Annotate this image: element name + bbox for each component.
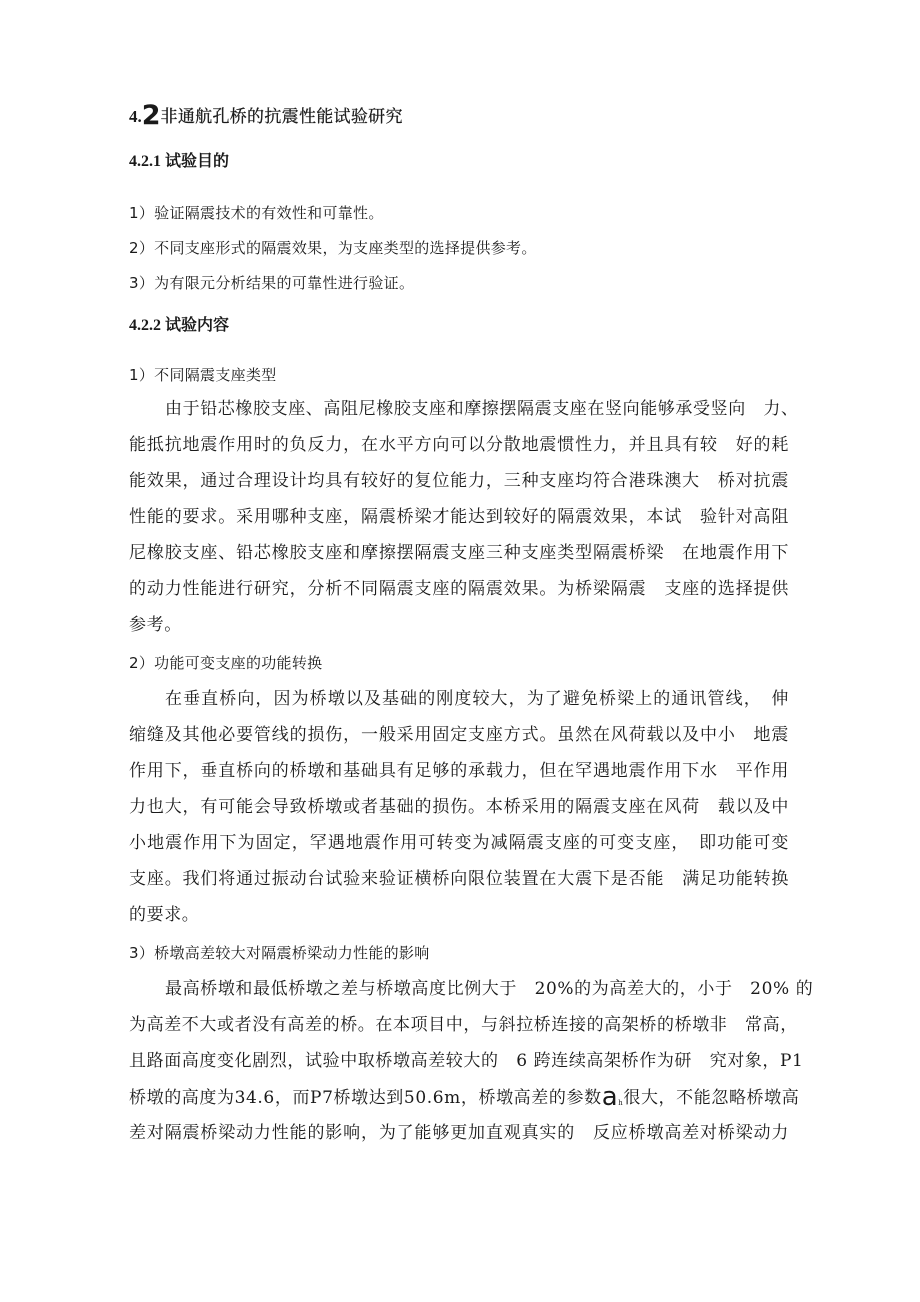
paragraph-line: 由于铅芯橡胶支座、高阻尼橡胶支座和摩擦摆隔震支座在竖向能够承受竖向 力、 <box>165 398 789 420</box>
paragraph-line: 差对隔震桥梁动力性能的影响，为了能够更加直观真实的 反应桥墩高差对桥梁动力 <box>129 1122 789 1144</box>
section-heading: 4.2非通航孔桥的抗震性能试验研究 <box>129 102 403 131</box>
paragraph-line: 尼橡胶支座、铅芯橡胶支座和摩擦摆隔震支座三种支座类型隔震桥梁 在地震作用下 <box>129 542 789 564</box>
paragraph-line: 参考。 <box>129 614 182 636</box>
paragraph-line: 作用下，垂直桥向的桥墩和基础具有足够的承载力，但在罕遇地震作用下水 平作用 <box>129 760 789 782</box>
paragraph-text: 很大，不能忽略桥墩高 <box>623 1088 799 1108</box>
paragraph-line: 小地震作用下为固定，罕遇地震作用可转变为减隔震支座的可变支座， 即功能可变 <box>129 832 789 854</box>
subsection-heading-purpose: 4.2.1 试验目的 <box>129 151 229 173</box>
paragraph-line-with-parameter: 桥墩的高度为34.6，而P7桥墩达到50.6m，桥墩高差的参数ah很大，不能忽略… <box>129 1086 789 1114</box>
paragraph-line: 力也大，有可能会导致桥墩或者基础的损伤。本桥采用的隔震支座在风荷 载以及中 <box>129 796 789 818</box>
content-item-1-heading: 1）不同隔震支座类型 <box>129 364 277 386</box>
paragraph-line: 支座。我们将通过振动台试验来验证横桥向限位装置在大震下是否能 满足功能转换 <box>129 868 789 890</box>
section-number-prefix: 4. <box>129 107 142 126</box>
paragraph-line: 的要求。 <box>129 904 199 926</box>
content-item-2-heading: 2）功能可变支座的功能转换 <box>129 652 322 674</box>
section-title: 非通航孔桥的抗震性能试验研究 <box>161 107 403 127</box>
paragraph-line: 且路面高度变化剧烈，试验中取桥墩高差较大的 6 跨连续高架桥作为研 究对象，P1 <box>129 1050 789 1072</box>
paragraph-line: 的动力性能进行研究，分析不同隔震支座的隔震效果。为桥梁隔震 支座的选择提供 <box>129 578 789 600</box>
subsection-heading-content: 4.2.2 试验内容 <box>129 315 229 337</box>
document-page: 4.2非通航孔桥的抗震性能试验研究 4.2.1 试验目的 1）验证隔震技术的有效… <box>0 0 920 1302</box>
paragraph-line: 性能的要求。采用哪种支座，隔震桥梁才能达到较好的隔震效果，本试 验针对高阻 <box>129 506 789 528</box>
content-item-3-heading: 3）桥墩高差较大对隔震桥梁动力性能的影响 <box>129 942 430 964</box>
paragraph-line: 缩缝及其他必要管线的损伤，一般采用固定支座方式。虽然在风荷载以及中小 地震 <box>129 724 789 746</box>
paragraph-text: 桥墩的高度为34.6，而P7桥墩达到50.6m，桥墩高差的参数 <box>129 1088 602 1108</box>
parameter-symbol: a <box>602 1082 619 1112</box>
paragraph-line: 能效果，通过合理设计均具有较好的复位能力，三种支座均符合港珠澳大 桥对抗震 <box>129 470 789 492</box>
paragraph-line: 在垂直桥向，因为桥墩以及基础的刚度较大，为了避免桥梁上的通讯管线， 伸 <box>165 688 789 710</box>
purpose-item-3: 3）为有限元分析结果的可靠性进行验证。 <box>129 272 414 294</box>
paragraph-line: 为高差不大或者没有高差的桥。在本项目中，与斜拉桥连接的高架桥的桥墩非 常高， <box>129 1014 789 1036</box>
section-number-main: 2 <box>142 100 161 131</box>
purpose-item-2: 2）不同支座形式的隔震效果，为支座类型的选择提供参考。 <box>129 237 537 259</box>
paragraph-line: 能抵抗地震作用时的负反力，在水平方向可以分散地震惯性力，并且具有较 好的耗 <box>129 434 789 456</box>
paragraph-line: 最高桥墩和最低桥墩之差与桥墩高度比例大于 20%的为高差大的，小于 20% 的 <box>165 978 789 1000</box>
purpose-item-1: 1）验证隔震技术的有效性和可靠性。 <box>129 202 384 224</box>
